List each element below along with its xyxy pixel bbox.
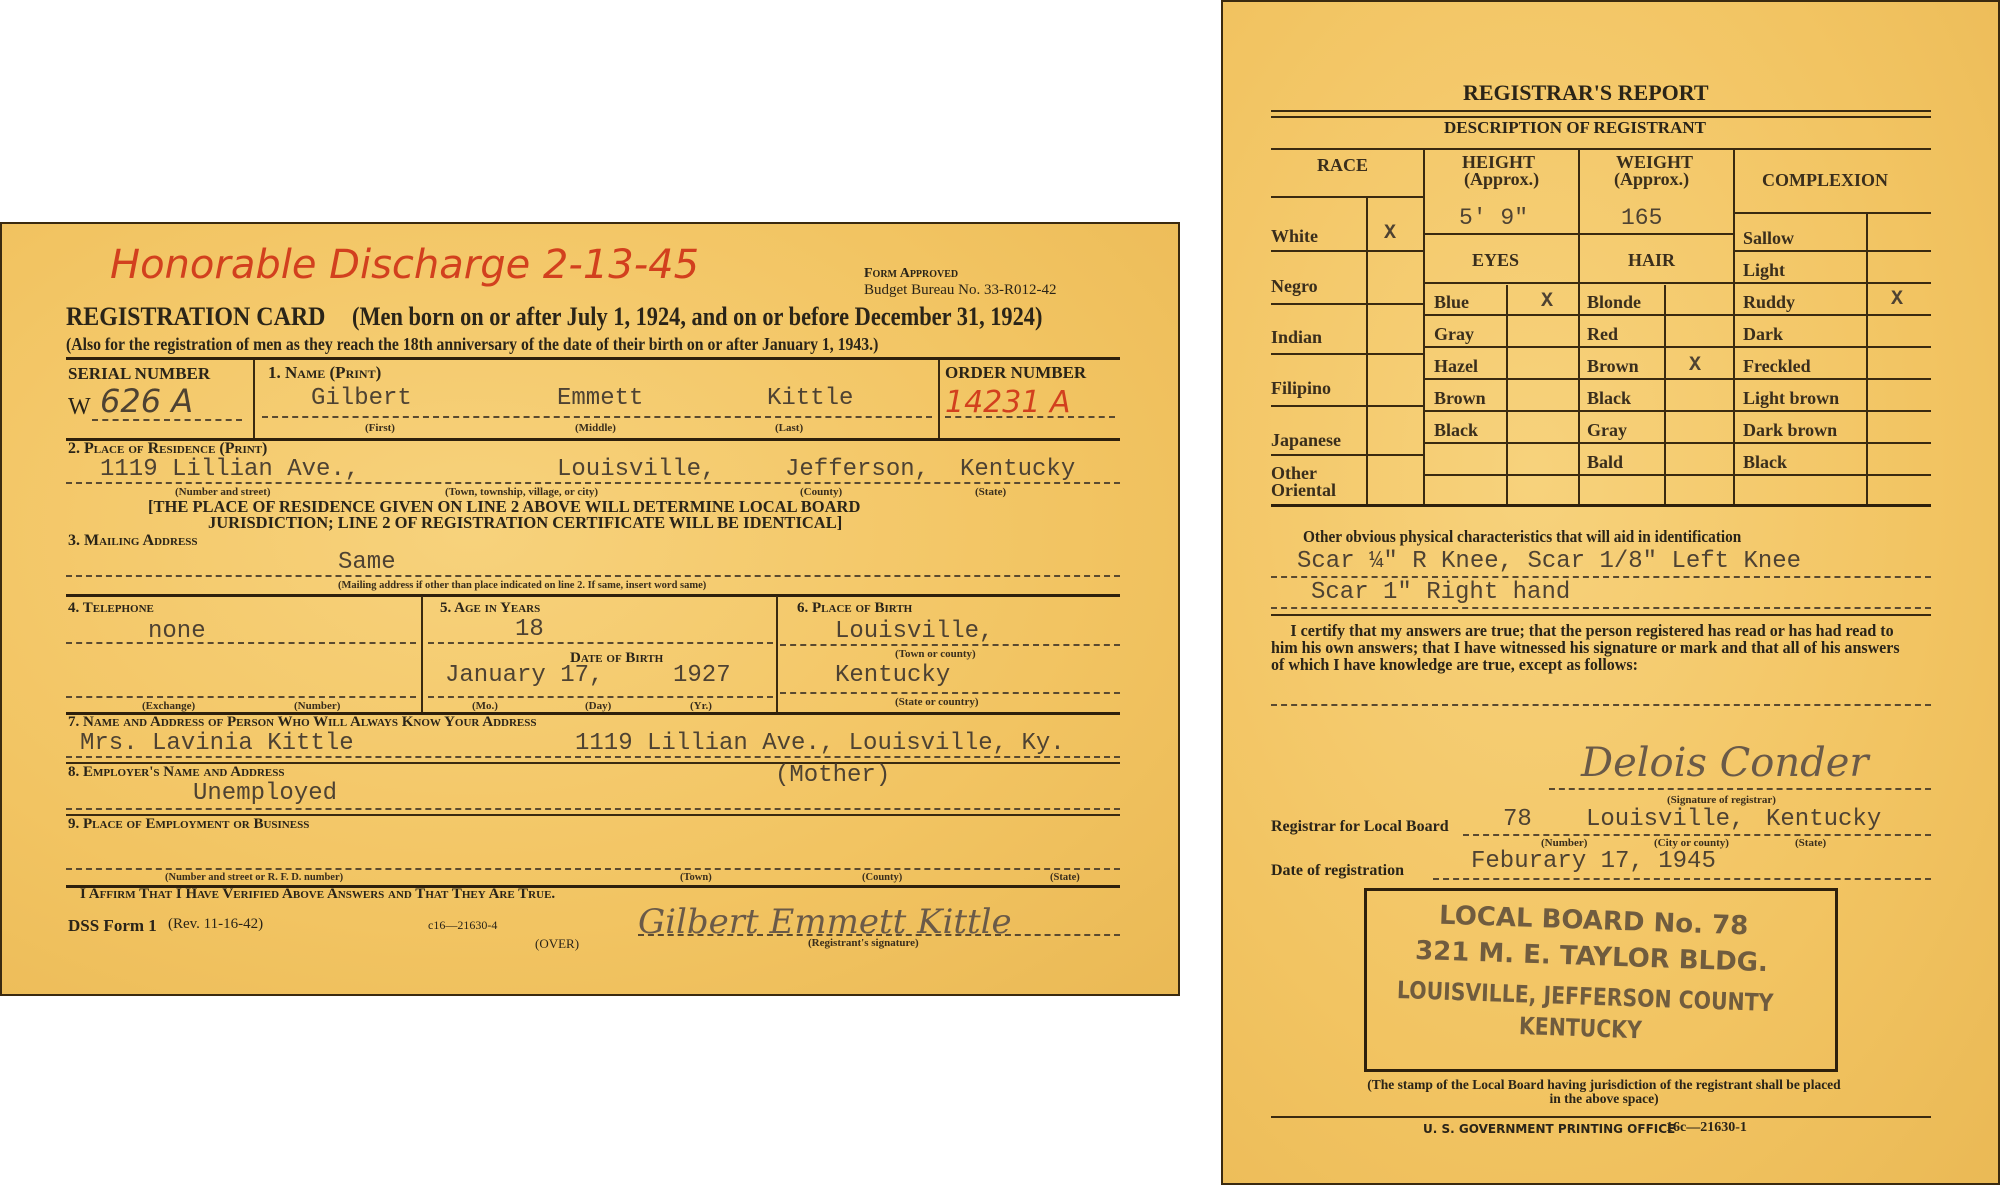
date-of-registration-value: Feburary 17, 1945	[1471, 848, 1716, 875]
hair-blonde: Blonde	[1587, 292, 1641, 313]
board-state-caption: (State)	[1795, 837, 1826, 849]
hair-brown: Brown	[1587, 356, 1639, 377]
eyes-blue: Blue	[1434, 292, 1469, 313]
contact-person-address: 1119 Lillian Ave., Louisville, Ky.	[575, 730, 1065, 757]
complexion-freckled: Freckled	[1743, 356, 1811, 377]
honorable-discharge-annotation: Honorable Discharge 2-13-45	[110, 242, 699, 288]
residence-state: Kentucky	[960, 456, 1075, 483]
last-caption: (Last)	[775, 422, 803, 434]
hair-header: HAIR	[1628, 250, 1675, 271]
registrar-signature-caption: (Signature of registrar)	[1667, 794, 1776, 806]
employment-town-caption: (Town)	[680, 872, 712, 883]
telephone-label: 4. Telephone	[68, 600, 154, 617]
eyes-black: Black	[1434, 420, 1478, 441]
registrant-signature: Gilbert Emmett Kittle	[638, 902, 1012, 942]
eyes-blue-mark[interactable]: X	[1541, 290, 1553, 313]
contact-relation: (Mother)	[775, 762, 890, 789]
eyes-hazel: Hazel	[1434, 356, 1478, 377]
characteristics-line-2: Scar 1" Right hand	[1311, 579, 1570, 606]
report-subtitle: DESCRIPTION OF REGISTRANT	[1444, 118, 1706, 138]
date-of-registration-label: Date of registration	[1271, 862, 1404, 880]
complexion-header: COMPLEXION	[1762, 170, 1888, 191]
eyes-gray: Gray	[1434, 324, 1474, 345]
birth-state-caption: (State or country)	[895, 696, 979, 708]
eyes-brown: Brown	[1434, 388, 1486, 409]
registrars-report-back: REGISTRAR'S REPORT DESCRIPTION OF REGIST…	[1221, 0, 2000, 1185]
place-of-employment-label: 9. Place of Employment or Business	[68, 816, 309, 833]
contact-person-label: 7. Name and Address of Person Who Will A…	[68, 714, 537, 731]
residence-county: Jefferson,	[785, 456, 929, 483]
hair-red: Red	[1587, 324, 1618, 345]
eyes-header: EYES	[1472, 250, 1519, 271]
form-id: DSS Form 1	[68, 916, 157, 936]
printer-label: U. S. GOVERNMENT PRINTING OFFICE	[1423, 1122, 1675, 1136]
first-caption: (First)	[365, 422, 395, 434]
hair-black: Black	[1587, 388, 1631, 409]
report-title: REGISTRAR'S REPORT	[1463, 80, 1709, 106]
weight-value: 165	[1621, 205, 1662, 231]
residence-town: Louisville,	[557, 456, 715, 483]
signature-caption: (Registrant's signature)	[808, 937, 919, 949]
print-code: c16—21630-4	[428, 918, 497, 933]
race-filipino: Filipino	[1271, 378, 1331, 399]
day-caption: (Day)	[585, 700, 611, 712]
local-board-city: Louisville,	[1586, 806, 1744, 833]
last-name: Kittle	[767, 385, 853, 412]
certification-text: I certify that my answers are true; that…	[1271, 622, 1915, 673]
hair-brown-mark[interactable]: X	[1689, 354, 1701, 377]
employer-label: 8. Employer's Name and Address	[68, 764, 285, 781]
age-label: 5. Age in Years	[440, 600, 540, 617]
characteristics-line-1: Scar ¼" R Knee, Scar 1/8" Left Knee	[1297, 548, 1801, 575]
race-header: RACE	[1317, 155, 1368, 176]
complexion-light: Light	[1743, 260, 1785, 281]
order-number-value: 14231 A	[945, 385, 1071, 420]
telephone-value: none	[148, 618, 206, 645]
mailing-address-label: 3. Mailing Address	[68, 532, 198, 550]
number-caption: (Number)	[294, 700, 340, 712]
local-board-label: Registrar for Local Board	[1271, 818, 1449, 836]
complexion-sallow: Sallow	[1743, 228, 1794, 249]
hair-gray: Gray	[1587, 420, 1627, 441]
race-negro: Negro	[1271, 276, 1318, 297]
other-characteristics-label: Other obvious physical characteristics t…	[1303, 527, 1741, 547]
race-indian: Indian	[1271, 327, 1322, 348]
residence-street: 1119 Lillian Ave.,	[100, 456, 359, 483]
employment-street-caption: (Number and street or R. F. D. number)	[165, 872, 343, 883]
mailing-caption: (Mailing address if other than place ind…	[338, 580, 706, 591]
middle-name: Emmett	[557, 385, 643, 412]
complexion-dark: Dark	[1743, 324, 1783, 345]
card-subtitle: (Also for the registration of men as the…	[66, 334, 878, 355]
place-of-birth-label: 6. Place of Birth	[797, 600, 912, 617]
race-white-mark[interactable]: X	[1384, 222, 1396, 245]
birth-town-caption: (Town or county)	[895, 648, 976, 660]
complexion-ruddy-mark[interactable]: X	[1891, 288, 1903, 311]
name-label: 1. Name (Print)	[268, 363, 381, 383]
over-label: (OVER)	[535, 936, 579, 952]
exchange-caption: (Exchange)	[142, 700, 195, 712]
employment-county-caption: (County)	[862, 872, 902, 883]
card-title-scope: (Men born on or after July 1, 1924, and …	[352, 302, 1042, 332]
first-name: Gilbert	[311, 385, 412, 412]
dob-year: 1927	[673, 662, 731, 689]
employment-state-caption: (State)	[1050, 872, 1080, 883]
height-value: 5' 9"	[1459, 205, 1528, 231]
contact-person-name: Mrs. Lavinia Kittle	[80, 730, 354, 757]
serial-number-value: 626 A	[100, 382, 193, 420]
yr-caption: (Yr.)	[690, 700, 712, 712]
form-approved-label: Form Approved	[864, 266, 958, 282]
card-title: REGISTRATION CARD	[66, 302, 325, 332]
stamp-caption: (The stamp of the Local Board having jur…	[1361, 1078, 1847, 1106]
complexion-light-brown: Light brown	[1743, 388, 1839, 409]
jurisdiction-notice-2: JURISDICTION; LINE 2 OF REGISTRATION CER…	[208, 513, 842, 533]
serial-prefix: W	[68, 394, 91, 421]
complexion-black: Black	[1743, 452, 1787, 473]
birth-town: Louisville,	[835, 618, 993, 645]
dob-month-day: January 17,	[445, 662, 603, 689]
order-number-label: ORDER NUMBER	[945, 363, 1086, 383]
birth-state: Kentucky	[835, 662, 950, 689]
local-board-state: Kentucky	[1766, 806, 1881, 833]
employer-value: Unemployed	[193, 780, 337, 807]
race-white: White	[1271, 226, 1318, 247]
affirmation-text: I Affirm That I Have Verified Above Answ…	[80, 886, 555, 903]
height-sub: (Approx.)	[1464, 169, 1539, 190]
complexion-ruddy: Ruddy	[1743, 292, 1795, 313]
stamp-line-4: KENTUCKY	[1519, 1012, 1643, 1044]
registrar-signature: Delois Conder	[1581, 740, 1869, 786]
race-other-oriental: Other Oriental	[1271, 465, 1366, 499]
printer-code: 16c—21630-1	[1666, 1120, 1747, 1136]
registration-card-front: Honorable Discharge 2-13-45 Form Approve…	[0, 222, 1180, 996]
mailing-address-value: Same	[338, 549, 396, 576]
serial-number-label: SERIAL NUMBER	[68, 364, 210, 384]
local-board-number: 78	[1503, 806, 1532, 833]
race-japanese: Japanese	[1271, 430, 1341, 451]
complexion-dark-brown: Dark brown	[1743, 420, 1837, 441]
age-value: 18	[515, 616, 544, 643]
state-caption: (State)	[975, 486, 1006, 498]
divider	[66, 357, 1120, 360]
budget-bureau-number: Budget Bureau No. 33-R012-42	[864, 282, 1056, 299]
mo-caption: (Mo.)	[472, 700, 498, 712]
middle-caption: (Middle)	[575, 422, 616, 434]
form-revision: (Rev. 11-16-42)	[168, 916, 263, 933]
weight-sub: (Approx.)	[1614, 169, 1689, 190]
hair-bald: Bald	[1587, 452, 1623, 473]
